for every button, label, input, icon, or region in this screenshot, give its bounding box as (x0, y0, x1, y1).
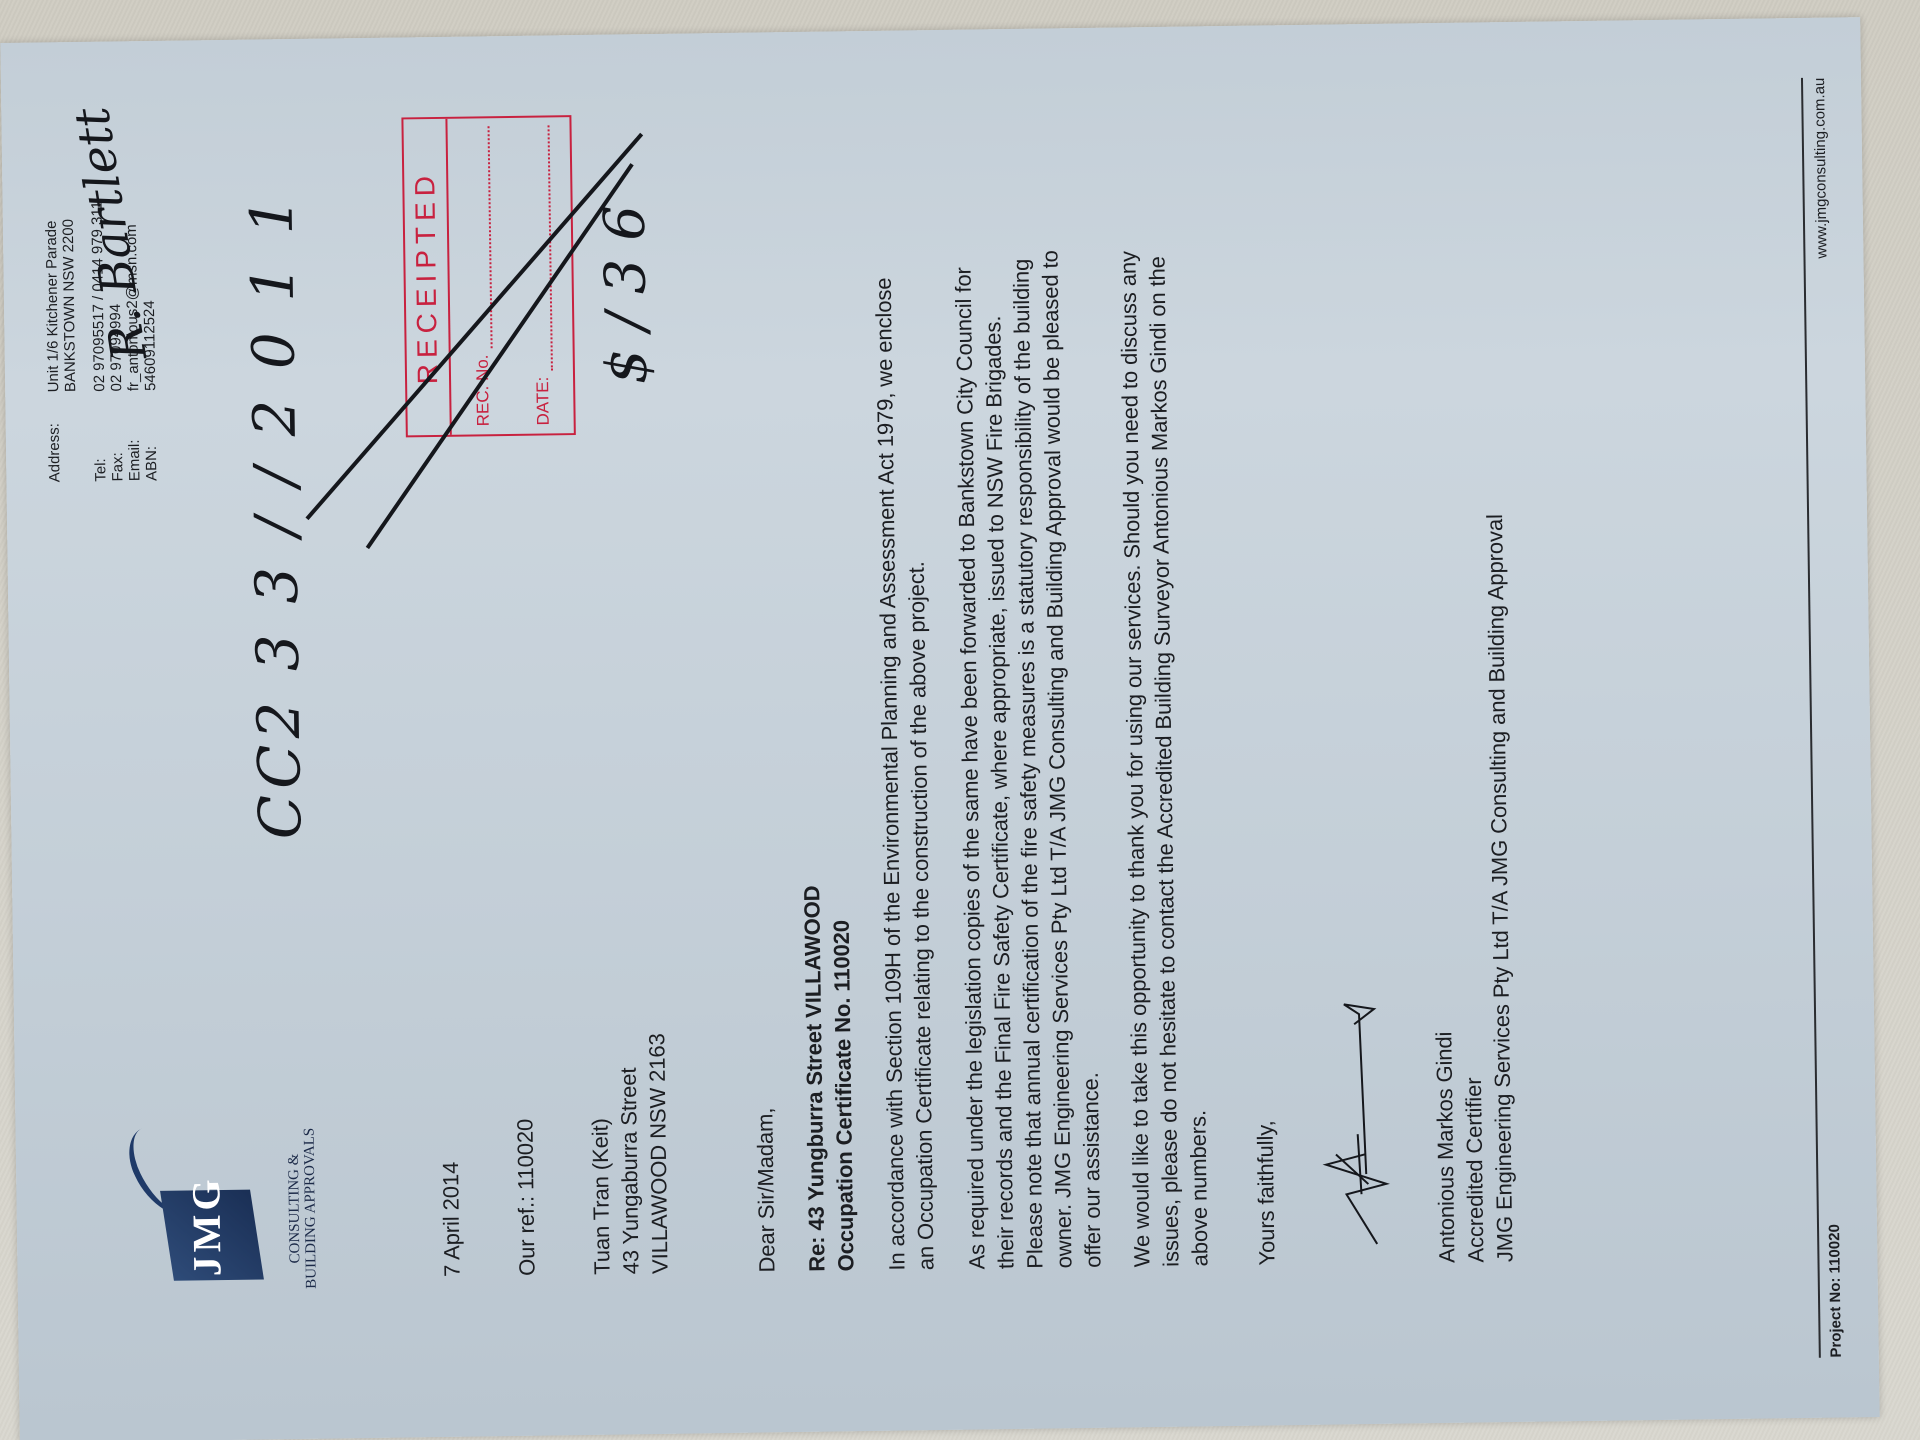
subject-line: Occupation Certificate No. 110020 (826, 885, 860, 1272)
recipient-line: Tuan Tran (Keit) (584, 1034, 616, 1275)
letter-date: 7 April 2014 (436, 1162, 467, 1277)
contact-label: Email: (125, 391, 143, 481)
logo-letters: JMG (182, 1175, 230, 1277)
paragraph-1: In accordance with Section 109H of the E… (869, 277, 941, 1271)
our-ref: Our ref.: 110020 (510, 1119, 541, 1276)
subject: Re: 43 Yungburra Street VILLAWOOD Occupa… (797, 885, 860, 1272)
contact-label (62, 392, 80, 482)
paragraph-2: As required under the legislation copies… (948, 250, 1107, 1270)
contact-label: Address: (45, 392, 63, 482)
logo-caption-line: BUILDING APPROVALS (301, 1128, 319, 1289)
recipient-address: Tuan Tran (Keit) 43 Yungaburra Street VI… (584, 1033, 674, 1275)
footer-divider (1801, 78, 1821, 1358)
contact-label: Tel: (91, 392, 109, 482)
contact-value: BANKSTOWN NSW 2200 (60, 219, 79, 392)
handwritten-amount: $ / 3 6 (593, 205, 660, 385)
jmg-logo: JMG (136, 1159, 288, 1281)
recipient-line: 43 Yungaburra Street (613, 1033, 645, 1274)
project-number: Project No: 110020 (1826, 1224, 1845, 1358)
recipient-line: VILLAWOOD NSW 2163 (642, 1033, 674, 1274)
paragraph-3: We would like to take this opportunity t… (1113, 250, 1214, 1267)
contact-label: Fax: (108, 391, 126, 481)
logo-caption: CONSULTING & BUILDING APPROVALS (285, 1128, 319, 1289)
signature (1304, 993, 1418, 1255)
closing: Yours faithfully, (1250, 1120, 1281, 1265)
salutation: Dear Sir/Madam, (750, 1107, 781, 1272)
contact-label: ABN: (142, 391, 160, 481)
signatory-block: Antonious Markos Gindi Accredited Certif… (1422, 514, 1519, 1263)
letter-page: JMG CONSULTING & BUILDING APPROVALS Addr… (0, 17, 1879, 1440)
website: www.jmgconsulting.com.au (1811, 78, 1831, 259)
